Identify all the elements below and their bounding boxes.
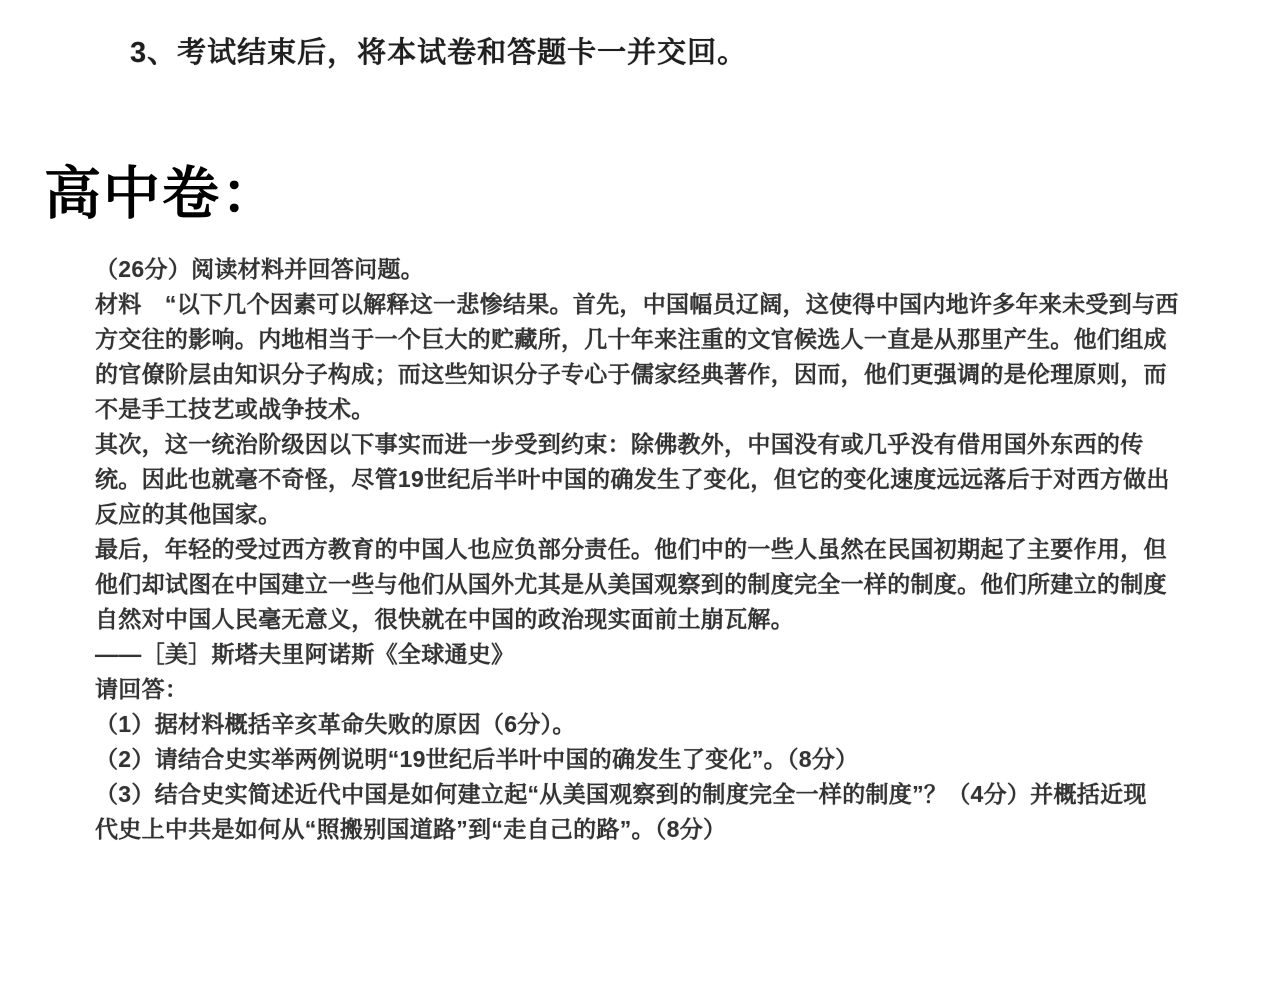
text-line: 代史上中共是如何从“照搬别国道路”到“走自己的路”。（8分） <box>95 812 1180 847</box>
section-title: 高中卷： <box>44 148 280 230</box>
text-line: （1）据材料概括辛亥革命失败的原因（6分）。 <box>95 707 1180 742</box>
text-line: （2）请结合史实举两例说明“19世纪后半叶中国的确发生了变化”。（8分） <box>95 742 1180 777</box>
text-line: ——［美］斯塔夫里阿诺斯《全球通史》 <box>95 637 1180 672</box>
text-line: 材料 “以下几个因素可以解释这一悲惨结果。首先，中国幅员辽阔，这使得中国内地许多… <box>95 287 1180 322</box>
text-line: 请回答： <box>95 672 1180 707</box>
text-line: 的官僚阶层由知识分子构成；而这些知识分子专心于儒家经典著作，因而，他们更强调的是… <box>95 357 1180 392</box>
text-line: 最后，年轻的受过西方教育的中国人也应负部分责任。他们中的一些人虽然在民国初期起了… <box>95 532 1180 567</box>
text-line: （3）结合史实简述近代中国是如何建立起“从美国观察到的制度完全一样的制度”？（4… <box>95 777 1180 812</box>
text-line: 自然对中国人民毫无意义，很快就在中国的政治现实面前土崩瓦解。 <box>95 602 1180 637</box>
text-line: （26分）阅读材料并回答问题。 <box>95 252 1180 287</box>
text-line: 方交往的影响。内地相当于一个巨大的贮藏所，几十年来注重的文官候选人一直是从那里产… <box>95 322 1180 357</box>
exam-instruction-item-3: 3、考试结束后，将本试卷和答题卡一并交回。 <box>130 30 747 71</box>
text-line: 反应的其他国家。 <box>95 497 1180 532</box>
exam-page: 3、考试结束后，将本试卷和答题卡一并交回。 高中卷： （26分）阅读材料并回答问… <box>0 0 1280 1000</box>
text-line: 他们却试图在中国建立一些与他们从国外尤其是从美国观察到的制度完全一样的制度。他们… <box>95 567 1180 602</box>
text-line: 其次，这一统治阶级因以下事实而进一步受到约束：除佛教外，中国没有或几乎没有借用国… <box>95 427 1180 462</box>
text-line: 不是手工技艺或战争技术。 <box>95 392 1180 427</box>
text-line: 统。因此也就毫不奇怪，尽管19世纪后半叶中国的确发生了变化，但它的变化速度远远落… <box>95 462 1180 497</box>
question-block: （26分）阅读材料并回答问题。材料 “以下几个因素可以解释这一悲惨结果。首先，中… <box>95 252 1180 847</box>
